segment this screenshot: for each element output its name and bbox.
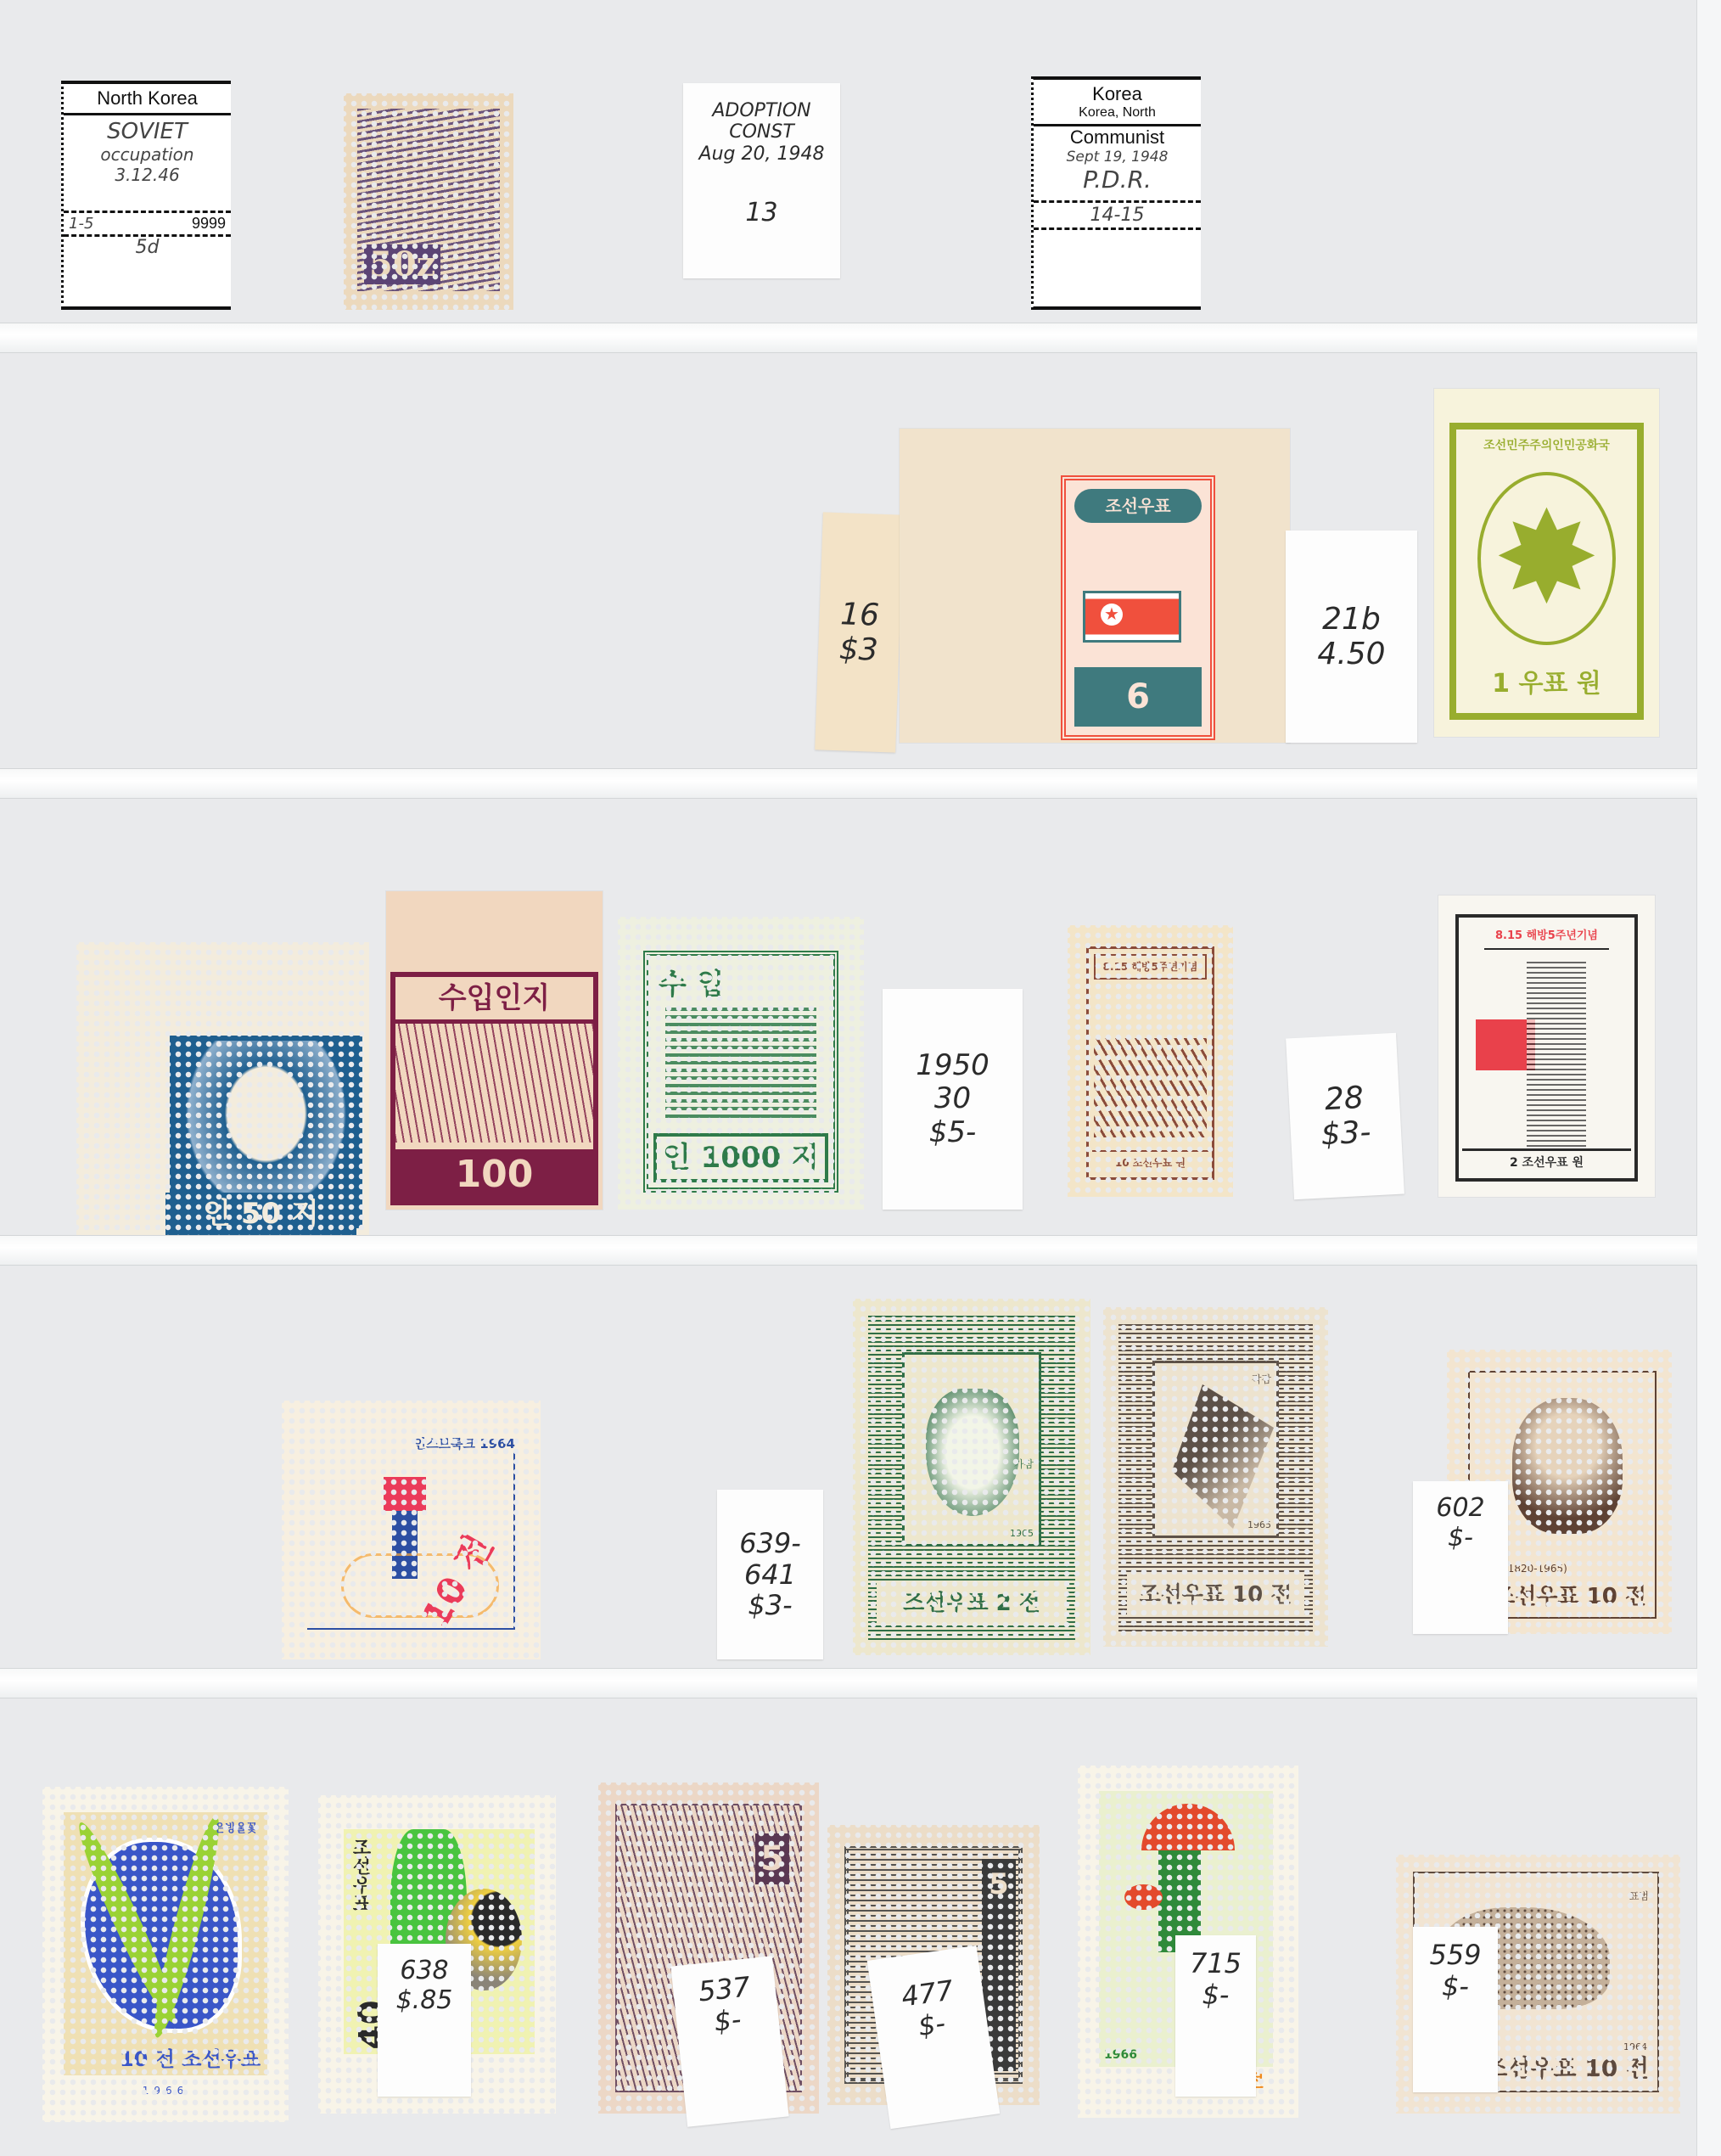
stamp-design: 조선우표 ★ 6 — [1061, 475, 1215, 740]
stamp-top-text: 은방울꽃 — [215, 1819, 257, 1835]
stamp-year: 1966 — [42, 2085, 289, 2097]
note-line: 602 — [1436, 1494, 1484, 1524]
stamp-top-text: 수 입 — [648, 956, 833, 1008]
dancer-hat — [1124, 1884, 1163, 1910]
stamp-denomination: 인 1000 지 — [653, 1133, 828, 1182]
stamp-top-text: 8.15 해방5주년기념 — [1484, 924, 1609, 950]
building-scene — [665, 1008, 816, 1118]
note-line: Aug 20, 1948 — [699, 143, 825, 165]
note-line: 715 — [1190, 1948, 1242, 1979]
note-537: 537 $- — [670, 1956, 788, 2127]
stamp-skier-10[interactable]: 인스브룩크 1964 10 전 — [282, 1401, 541, 1659]
note-line: $- — [1202, 1979, 1230, 2011]
stamp-top-text: 조선민주주의인민공화국 — [1465, 436, 1629, 453]
note-line: $5- — [929, 1116, 977, 1149]
stamp-plowman-50[interactable]: 인 50 지 — [76, 942, 369, 1235]
stockbook-strip — [0, 1235, 1697, 1266]
note-line: $.85 — [396, 1986, 453, 2016]
stamp-silkmoth-2[interactable]: 가잠 1965 조선우표 2 전 — [853, 1299, 1090, 1655]
label-header: Korea Korea, North — [1034, 80, 1201, 126]
note-line: 537 — [697, 1971, 752, 2007]
stamp-denomination: 조선우표 2 전 — [877, 1582, 1067, 1625]
stamp-design: 작잠 1965 조선우표 10 전 — [1118, 1322, 1313, 1631]
stamp-denomination: 인 50 지 — [165, 1193, 356, 1235]
note-line: 16 — [840, 597, 880, 633]
note-28: 28 $3- — [1286, 1033, 1404, 1200]
label-handwritten-2: P.D.R. — [1034, 166, 1201, 194]
stamp-top-text: 표범 — [1629, 1889, 1649, 1903]
page-right-edge — [1696, 0, 1721, 2156]
industry-scene — [395, 1024, 593, 1143]
label-range: 14-15 — [1034, 200, 1201, 230]
stockbook-strip — [0, 1668, 1697, 1698]
stamp-denomination: 1 우표 원 — [1463, 655, 1630, 706]
note-602: 602 $- — [1413, 1481, 1508, 1634]
stamp-flag-6[interactable]: 조선우표 ★ 6 — [900, 429, 1290, 743]
stamp-order-1[interactable]: 조선민주주의인민공화국 ✸ 1 우표 원 — [1434, 389, 1659, 737]
stamp-denomination: 6 — [1074, 667, 1202, 727]
stamp-denomination: 10 전 조선우표 — [70, 2042, 261, 2072]
note-line: CONST — [729, 121, 794, 143]
label-handwritten-2: occupation — [64, 144, 231, 165]
stamp-denomination: 100 — [395, 1149, 593, 1200]
stamp-top-text: 8.15 해방5주년기념 — [1094, 954, 1207, 980]
label-handwritten-1: Sept 19, 1948 — [1034, 149, 1201, 166]
stamp-denomination: 10 조선우표 원 — [1092, 1150, 1208, 1174]
album-label-korea-north: Korea Korea, North Communist Sept 19, 19… — [1031, 76, 1201, 310]
note-number: 13 — [745, 199, 777, 228]
flag-icon: ★ — [1083, 591, 1181, 643]
stamp-denomination: 조선우표 10 전 — [1127, 1574, 1304, 1616]
note-line: 639- — [739, 1528, 801, 1559]
note-1950: 1950 30 $5- — [883, 989, 1023, 1210]
note-line: ADOPTION — [712, 100, 810, 121]
stamp-denomination: 5 — [755, 1833, 789, 1884]
star-medal-icon: ✸ — [1477, 472, 1616, 645]
stamp-design: 수 입 인 1000 지 — [643, 951, 838, 1193]
stamp-industry-100[interactable]: 수입인지 100 — [386, 891, 603, 1210]
label-range: 1-5 9999 — [64, 211, 231, 237]
note-line: 28 — [1324, 1080, 1365, 1117]
skier-jacket — [384, 1477, 426, 1511]
note-line: $3- — [1320, 1114, 1372, 1152]
note-21b: 21b 4.50 — [1286, 531, 1417, 743]
note-line: 477 — [900, 1974, 956, 2013]
soldier-figure — [1527, 960, 1586, 1147]
label-section: Communist — [1034, 126, 1201, 149]
portrait-icon — [1512, 1398, 1623, 1534]
stamp-mountains-50[interactable]: 50z — [344, 93, 513, 310]
note-638: 638 $.85 — [378, 1944, 471, 2097]
moth-icon — [926, 1389, 1019, 1516]
stockbook-strip — [0, 768, 1697, 799]
stamp-building-1000[interactable]: 수 입 인 1000 지 — [618, 917, 864, 1210]
stamp-design: 8.15 해방5주년기념 10 조선우표 원 — [1086, 946, 1214, 1180]
note-line: 21b — [1322, 602, 1381, 637]
note-line: 559 — [1429, 1940, 1481, 1971]
label-range-printed: 9999 — [192, 215, 226, 233]
stamp-top-text: 조선우표 — [1074, 489, 1202, 523]
note-line: $3 — [838, 632, 878, 668]
stockbook-strip — [0, 323, 1697, 353]
note-line: 641 — [744, 1559, 796, 1591]
fan-icon — [1141, 1804, 1235, 1850]
label-handwritten-1: SOVIET — [64, 115, 231, 144]
stamp-top-text: 수입인지 — [395, 977, 593, 1024]
label-title: North Korea — [64, 84, 231, 115]
label-footer: 5d — [64, 237, 231, 258]
label-range-hand: 1-5 — [69, 215, 93, 233]
note-line: $- — [1442, 1971, 1469, 2002]
stamp-tractor-10[interactable]: 8.15 해방5주년기념 10 조선우표 원 — [1068, 925, 1233, 1197]
stamp-year: 1965 — [1247, 1519, 1271, 1530]
note-line: 30 — [934, 1082, 971, 1115]
stamp-year: 1966 — [1104, 2048, 1137, 2062]
stamp-denomination: 50z — [364, 244, 440, 284]
stamp-design: 10 전 — [307, 1451, 515, 1630]
stamp-top-text: 조선우표 — [347, 1838, 373, 1912]
moth-panel: 작잠 1965 — [1152, 1361, 1279, 1538]
note-16: 16 $3 — [815, 512, 904, 752]
stamp-design: 조선민주주의인민공화국 ✸ 1 우표 원 — [1449, 423, 1644, 720]
label-subtitle: Korea, North — [1039, 105, 1196, 121]
stamp-soldier-2[interactable]: 8.15 해방5주년기념 2 조선우표 원 — [1438, 896, 1655, 1197]
note-line: $- — [917, 2007, 948, 2042]
note-line: $- — [1448, 1524, 1473, 1553]
moth-panel: 가잠 1965 — [902, 1352, 1041, 1547]
stamp-top-text: 인스브룩크 1964 — [316, 1435, 515, 1452]
note-line: 4.50 — [1317, 637, 1385, 671]
stamp-year: 1964 — [1623, 2041, 1647, 2052]
stamp-design: 가잠 1965 조선우표 2 전 — [868, 1314, 1075, 1640]
album-label-north-korea: North Korea SOVIET occupation 3.12.46 1-… — [61, 81, 231, 310]
stamp-silkmoth-10[interactable]: 작잠 1965 조선우표 10 전 — [1103, 1307, 1328, 1647]
note-559: 559 $- — [1413, 1927, 1498, 2092]
stamp-design: 은방울꽃 10 전 조선우표 — [64, 1812, 267, 2075]
stamp-top-text: (1820-1965) — [1504, 1563, 1567, 1575]
tractor-scene — [1094, 985, 1207, 1137]
note-line: $3- — [748, 1590, 792, 1621]
label-title: Korea — [1039, 83, 1196, 105]
note-line: 638 — [400, 1957, 448, 1986]
stamp-design: 수입인지 100 — [390, 972, 598, 1205]
note-639: 639- 641 $3- — [717, 1490, 823, 1659]
stamp-year: 1965 — [1010, 1528, 1034, 1539]
stamp-design: 8.15 해방5주년기념 2 조선우표 원 — [1455, 914, 1638, 1182]
label-handwritten-3: 3.12.46 — [64, 165, 231, 185]
note-line: $- — [713, 2003, 743, 2037]
moth-icon — [1172, 1384, 1274, 1529]
stamp-top-text: 가잠 — [1014, 1457, 1034, 1471]
stamp-lily-10[interactable]: 은방울꽃 10 전 조선우표 1966 — [42, 1787, 289, 2122]
stamp-denomination: 2 조선우표 원 — [1462, 1148, 1631, 1175]
note-477: 477 $- — [867, 1945, 1001, 2129]
album-label-adoption: ADOPTION CONST Aug 20, 1948 13 — [683, 83, 840, 278]
note-line: 1950 — [916, 1049, 989, 1082]
stamp-top-text: 작잠 — [1252, 1372, 1271, 1386]
note-715: 715 $- — [1175, 1935, 1256, 2097]
